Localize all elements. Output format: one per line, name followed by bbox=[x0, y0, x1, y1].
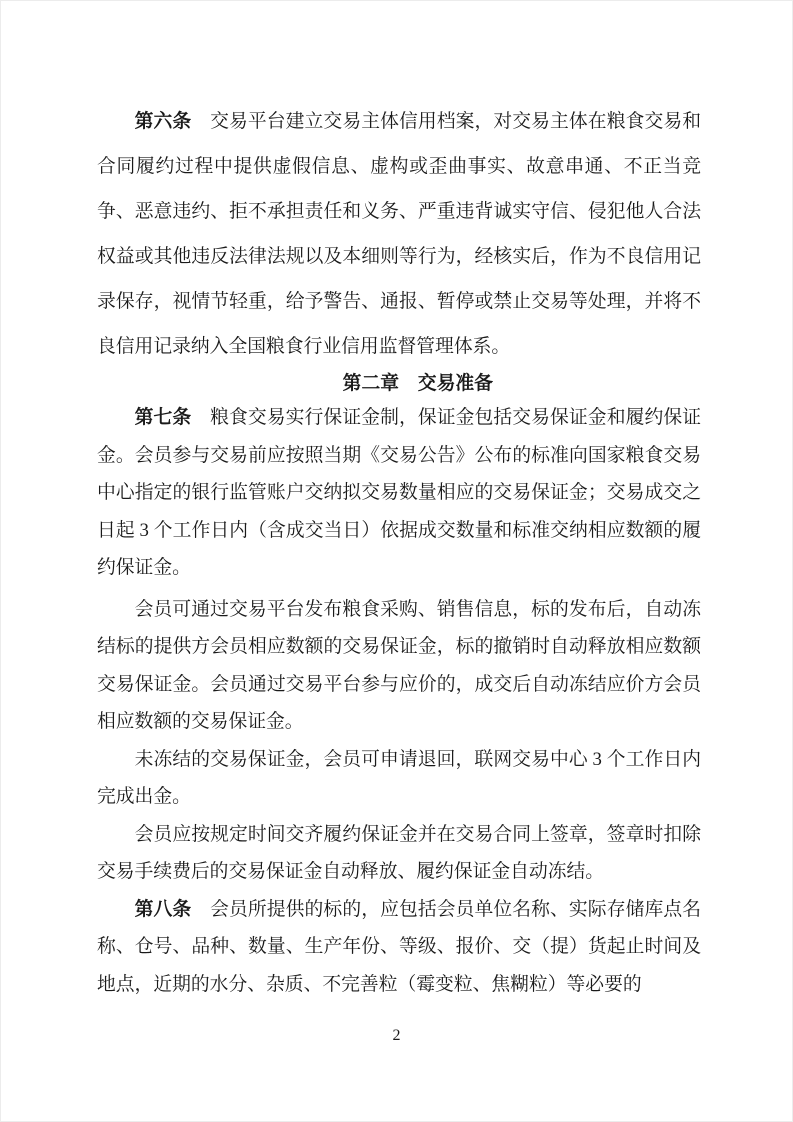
document-page: 第六条 交易平台建立交易主体信用档案，对交易主体在粮食交易和合同履约过程中提供虚… bbox=[0, 0, 793, 1122]
article-number: 第六条 bbox=[135, 111, 192, 132]
body-text: 第六条 交易平台建立交易主体信用档案，对交易主体在粮食交易和合同履约过程中提供虚… bbox=[97, 99, 701, 1003]
article-number: 第七条 bbox=[135, 407, 192, 428]
paragraph-text: 会员应按规定时间交齐履约保证金并在交易合同上签章，签章时扣除交易手续费后的交易保… bbox=[97, 824, 701, 883]
article-paragraph: 第八条 会员所提供的标的，应包括会员单位名称、实际存储库点名称、仓号、品种、数量… bbox=[97, 891, 701, 1004]
paragraph-text: 未冻结的交易保证金，会员可申请退回，联网交易中心 3 个工作日内完成出金。 bbox=[97, 749, 701, 808]
article-paragraph: 第六条 交易平台建立交易主体信用档案，对交易主体在粮食交易和合同履约过程中提供虚… bbox=[97, 99, 701, 369]
article-number: 第八条 bbox=[135, 899, 192, 920]
paragraph-text: 粮食交易实行保证金制，保证金包括交易保证金和履约保证金。会员参与交易前应按照当期… bbox=[97, 407, 701, 578]
article-paragraph: 会员应按规定时间交齐履约保证金并在交易合同上签章，签章时扣除交易手续费后的交易保… bbox=[97, 816, 701, 891]
paragraph-text: 交易平台建立交易主体信用档案，对交易主体在粮食交易和合同履约过程中提供虚假信息、… bbox=[97, 111, 701, 357]
paragraph-text: 会员可通过交易平台发布粮食采购、销售信息，标的发布后，自动冻结标的提供方会员相应… bbox=[97, 599, 701, 733]
page-number-footer: 2 bbox=[1, 1027, 792, 1045]
article-paragraph: 第七条 粮食交易实行保证金制，保证金包括交易保证金和履约保证金。会员参与交易前应… bbox=[97, 399, 701, 587]
chapter-heading: 第二章 交易准备 bbox=[97, 369, 701, 399]
article-paragraph: 未冻结的交易保证金，会员可申请退回，联网交易中心 3 个工作日内完成出金。 bbox=[97, 741, 701, 816]
article-paragraph: 会员可通过交易平台发布粮食采购、销售信息，标的发布后，自动冻结标的提供方会员相应… bbox=[97, 591, 701, 741]
